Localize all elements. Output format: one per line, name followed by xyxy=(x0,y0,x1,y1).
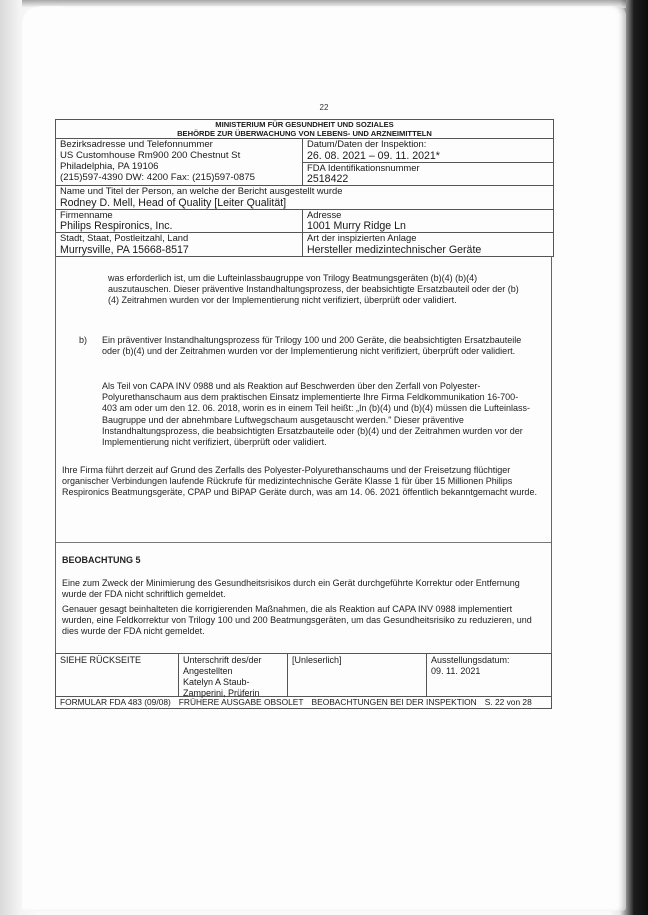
dates-fei-cell: Datum/Daten der Inspektion: 26. 08. 2021… xyxy=(303,139,553,185)
firm-value: Philips Respironics, Inc. xyxy=(60,220,298,232)
inspection-dates: Datum/Daten der Inspektion: 26. 08. 2021… xyxy=(303,139,553,163)
firm-cell: Firmenname Philips Respironics, Inc. xyxy=(56,210,303,233)
paragraph-capa: Als Teil von CAPA INV 0988 und als Reakt… xyxy=(102,381,532,448)
address-value: 1001 Murry Ridge Ln xyxy=(307,220,549,232)
district-label: Bezirksadresse und Telefonnummer xyxy=(60,139,298,150)
inspection-dates-label: Datum/Daten der Inspektion: xyxy=(307,139,549,150)
facility-label: Art der inspizierten Anlage xyxy=(307,233,549,244)
recipient-cell: Name und Titel der Person, an welche der… xyxy=(56,186,553,209)
item-b-text: Ein präventiver Instandhaltungsprozess f… xyxy=(102,335,532,357)
inspection-dates-value: 26. 08. 2021 – 09. 11. 2021* xyxy=(307,150,549,162)
district-line: US Customhouse Rm900 200 Chestnut St xyxy=(60,150,298,161)
issue-date-label: Ausstellungsdatum: xyxy=(431,655,547,666)
observation-5-summary: Eine zum Zweck der Minimierung des Gesun… xyxy=(62,578,542,600)
signature-footer-table: SIEHE RÜCKSEITE Unterschrift des/der Ang… xyxy=(55,653,552,709)
employee-signature-label: Unterschrift des/der Angestellten xyxy=(183,655,283,677)
form-identification-line: FORMULAR FDA 483 (09/08) FRÜHERE AUSGABE… xyxy=(56,697,551,708)
form-id: FORMULAR FDA 483 (09/08) xyxy=(60,697,171,708)
paragraph-continuation: was erforderlich ist, um die Lufteinlass… xyxy=(108,273,528,307)
item-b-marker: b) xyxy=(79,335,87,346)
employee-name: Katelyn A Staub-Zamperini, Prüferin xyxy=(183,677,283,699)
district-line: (215)597-4390 DW: 4200 Fax: (215)597-087… xyxy=(60,172,298,183)
firm-row: Firmenname Philips Respironics, Inc. Adr… xyxy=(56,210,553,234)
issue-date-cell: Ausstellungsdatum: 09. 11. 2021 xyxy=(427,654,551,696)
document-page: 22 MINISTERIUM FÜR GESUNDHEIT UND SOZIAL… xyxy=(22,6,626,911)
firm-label: Firmenname xyxy=(60,210,298,221)
observations-body: was erforderlich ist, um die Lufteinlass… xyxy=(55,256,552,653)
page-of: S. 22 von 28 xyxy=(485,697,532,708)
district-line: Philadelphia, PA 19106 xyxy=(60,161,298,172)
fei-label: FDA Identifikationsnummer xyxy=(307,163,549,174)
page-number: 22 xyxy=(22,103,626,112)
obsolete-notice: FRÜHERE AUSGABE OBSOLET xyxy=(179,697,304,708)
issue-date: 09. 11. 2021 xyxy=(431,666,547,677)
signature: [Unleserlich] xyxy=(288,654,427,696)
observation-5-detail: Genauer gesagt beinhalteten die korrigie… xyxy=(62,604,542,638)
employee-signature-cell: Unterschrift des/der Angestellten Kately… xyxy=(179,654,288,696)
facility-cell: Art der inspizierten Anlage Hersteller m… xyxy=(303,233,553,256)
observation-5-title: BEOBACHTUNG 5 xyxy=(62,555,141,566)
address-cell: Adresse 1001 Murry Ridge Ln xyxy=(303,210,553,233)
fei-number: FDA Identifikationsnummer 2518422 xyxy=(303,163,553,186)
address-label: Adresse xyxy=(307,210,549,221)
recipient-value: Rodney D. Mell, Head of Quality [Leiter … xyxy=(60,197,549,209)
section-divider xyxy=(56,542,551,543)
recipient-row: Name und Titel der Person, an welche der… xyxy=(56,186,553,210)
district-cell: Bezirksadresse und Telefonnummer US Cust… xyxy=(56,139,303,185)
see-reverse: SIEHE RÜCKSEITE xyxy=(56,654,179,696)
city-value: Murrysville, PA 15668-8517 xyxy=(60,244,298,256)
ministry-heading: MINISTERIUM FÜR GESUNDHEIT UND SOZIALES … xyxy=(56,120,553,139)
form-title: BEOBACHTUNGEN BEI DER INSPEKTION xyxy=(312,697,477,708)
city-label: Stadt, Staat, Postleitzahl, Land xyxy=(60,233,298,244)
agency-name: BEHÖRDE ZUR ÜBERWACHUNG VON LEBENS- UND … xyxy=(56,130,553,139)
district-row: Bezirksadresse und Telefonnummer US Cust… xyxy=(56,139,553,186)
signature-row: SIEHE RÜCKSEITE Unterschrift des/der Ang… xyxy=(56,654,551,697)
city-cell: Stadt, Staat, Postleitzahl, Land Murrysv… xyxy=(56,233,303,256)
city-row: Stadt, Staat, Postleitzahl, Land Murrysv… xyxy=(56,233,553,256)
recipient-label: Name und Titel der Person, an welche der… xyxy=(60,186,549,197)
facility-value: Hersteller medizintechnischer Geräte xyxy=(307,244,549,256)
fei-value: 2518422 xyxy=(307,173,549,185)
inspection-header-table: MINISTERIUM FÜR GESUNDHEIT UND SOZIALES … xyxy=(55,119,554,257)
paragraph-recall: Ihre Firma führt derzeit auf Grund des Z… xyxy=(62,465,542,499)
